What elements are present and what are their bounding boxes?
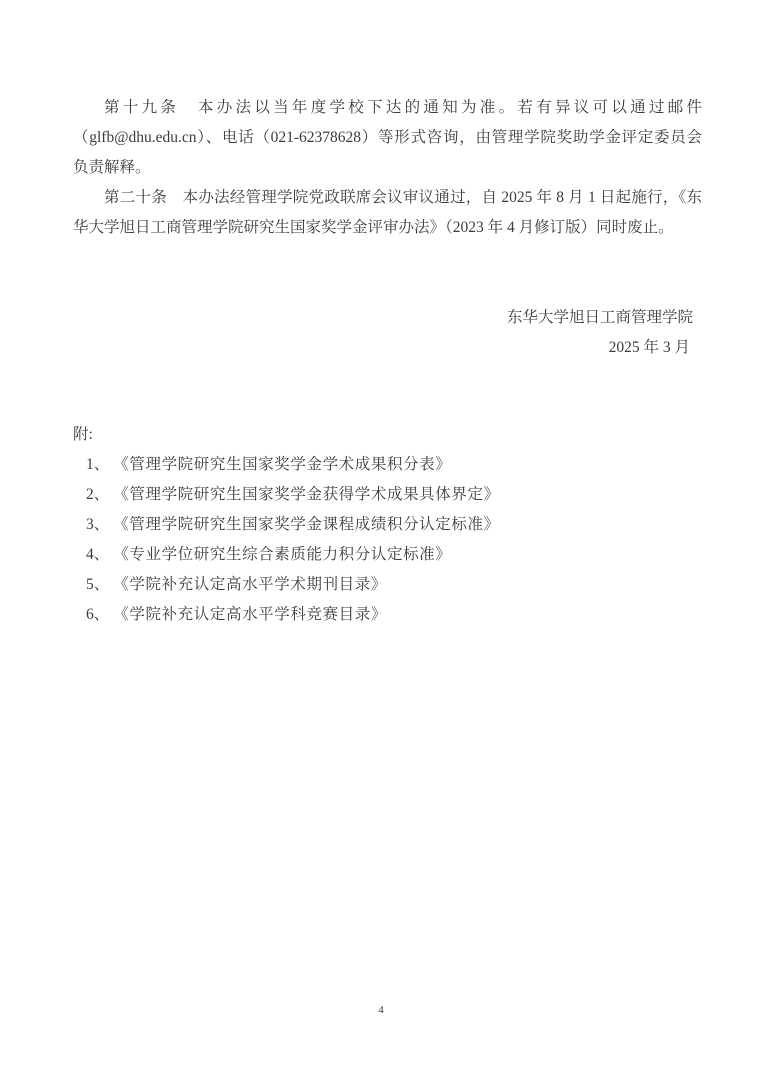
signature-block: 东华大学旭日工商管理学院 2025 年 3 月 [73,303,702,363]
attachment-title: 《管理学院研究生国家奖学金学术成果积分表》 [113,450,451,480]
attachment-item: 6、 《学院补充认定高水平学科竞赛目录》 [73,600,702,630]
attachments-label: 附: [73,420,702,450]
paragraph-line: 第二十条 本办法经管理学院党政联席会议审议通过，自 2025 年 8 月 1 日… [73,183,702,213]
attachment-number: 5、 [86,570,109,600]
attachment-item: 2、 《管理学院研究生国家奖学金获得学术成果具体界定》 [73,480,702,510]
paragraph-line: （glfb@dhu.edu.cn）、电话（021-62378628）等形式咨询，… [73,123,702,153]
attachment-item: 4、 《专业学位研究生综合素质能力积分认定标准》 [73,540,702,570]
paragraph-line: 华大学旭日工商管理学院研究生国家奖学金评审办法》（2023 年 4 月修订版）同… [73,213,702,243]
attachment-title: 《管理学院研究生国家奖学金获得学术成果具体界定》 [113,480,499,510]
attachment-item: 5、 《学院补充认定高水平学术期刊目录》 [73,570,702,600]
attachment-title: 《管理学院研究生国家奖学金课程成绩积分认定标准》 [113,510,499,540]
attachment-title: 《学院补充认定高水平学科竞赛目录》 [113,600,387,630]
paragraph-article-20: 第二十条 本办法经管理学院党政联席会议审议通过，自 2025 年 8 月 1 日… [73,183,702,243]
paragraph-line: 负责解释。 [73,153,702,183]
attachment-number: 1、 [86,450,109,480]
signature-organization: 东华大学旭日工商管理学院 [73,303,702,333]
paragraph-article-19: 第十九条 本办法以当年度学校下达的通知为准。若有异议可以通过邮件 （glfb@d… [73,93,702,183]
signature-date: 2025 年 3 月 [73,333,702,363]
attachment-number: 2、 [86,480,109,510]
document-body: 第十九条 本办法以当年度学校下达的通知为准。若有异议可以通过邮件 （glfb@d… [73,93,702,243]
attachment-item: 1、 《管理学院研究生国家奖学金学术成果积分表》 [73,450,702,480]
attachment-number: 4、 [86,540,109,570]
attachment-item: 3、 《管理学院研究生国家奖学金课程成绩积分认定标准》 [73,510,702,540]
page-number: 4 [0,1002,762,1018]
attachment-number: 6、 [86,600,109,630]
document-page: 第十九条 本办法以当年度学校下达的通知为准。若有异议可以通过邮件 （glfb@d… [0,0,762,1078]
attachments-list: 附: 1、 《管理学院研究生国家奖学金学术成果积分表》 2、 《管理学院研究生国… [73,420,702,630]
attachment-title: 《学院补充认定高水平学术期刊目录》 [113,570,387,600]
attachment-number: 3、 [86,510,109,540]
paragraph-line: 第十九条 本办法以当年度学校下达的通知为准。若有异议可以通过邮件 [73,93,702,123]
attachment-title: 《专业学位研究生综合素质能力积分认定标准》 [113,540,451,570]
